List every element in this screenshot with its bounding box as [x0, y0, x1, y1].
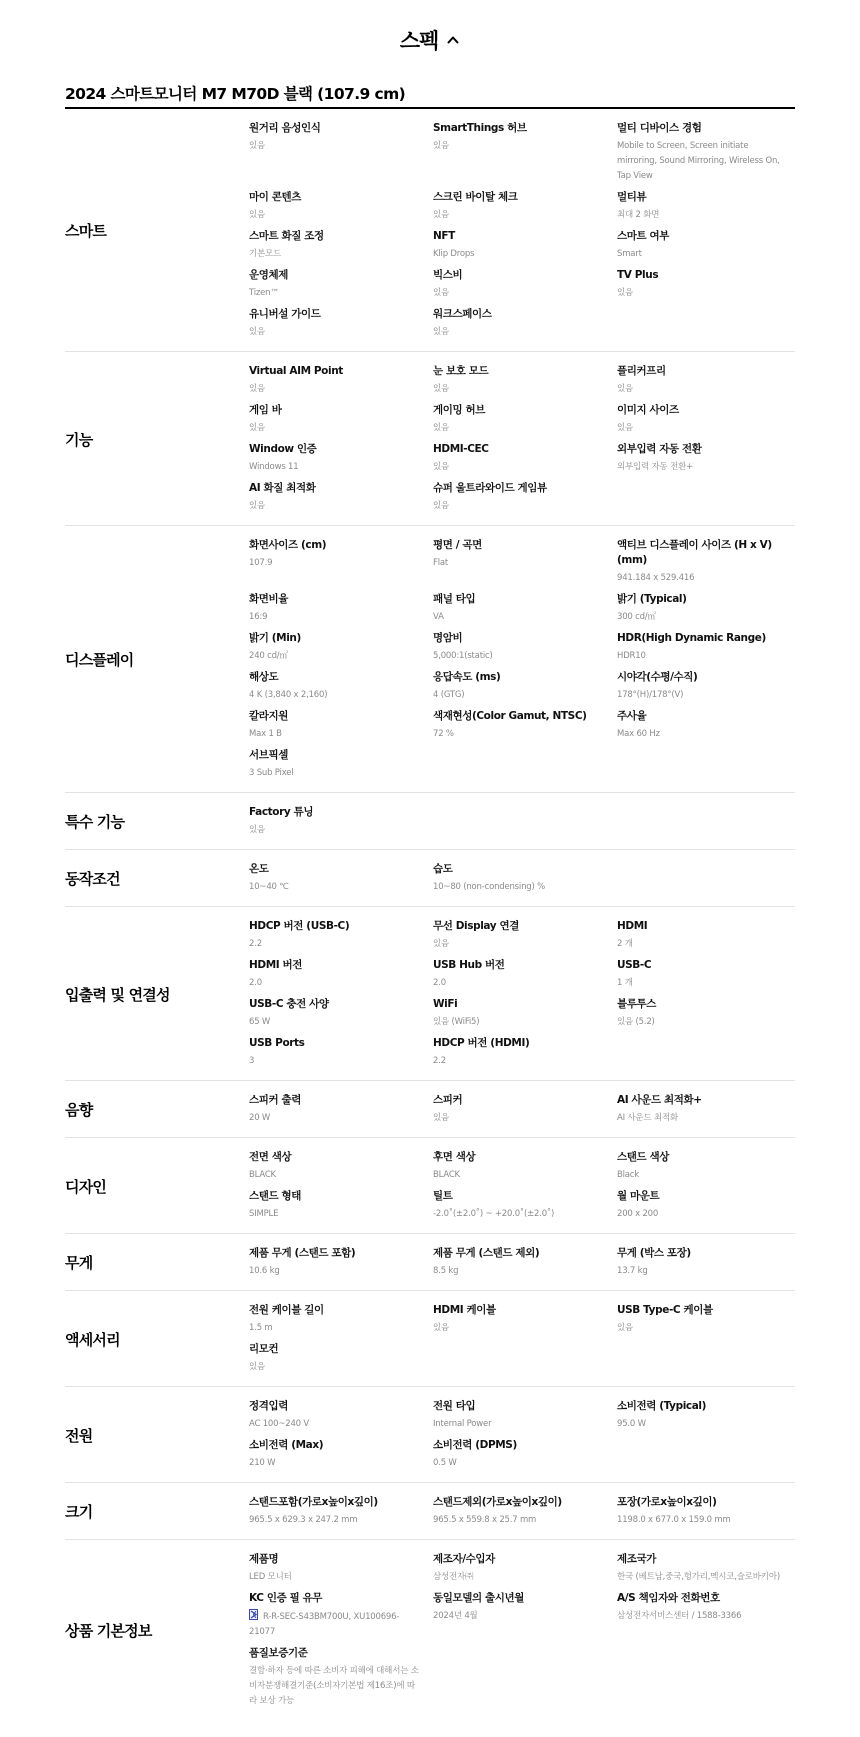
- section-items: 제품 무게 (스탠드 포함)10.6 kg제품 무게 (스탠드 제외)8.5 k…: [249, 1246, 801, 1279]
- spec-label: 온도: [249, 862, 419, 877]
- spec-value: 있음: [433, 382, 603, 397]
- spec-value: 있음: [433, 208, 603, 223]
- spec-item: 패널 타입VA: [433, 592, 617, 625]
- spec-value: 20 W: [249, 1111, 419, 1126]
- section-name: 스마트: [65, 121, 249, 340]
- spec-value: 한국 (베트남,중국,헝가리,멕시코,슬로바키아): [617, 1570, 787, 1585]
- spec-value: AC 100~240 V: [249, 1417, 419, 1432]
- spec-item: 멀티 디바이스 경험Mobile to Screen, Screen initi…: [617, 121, 801, 184]
- spec-item: 틸트-2.0˚(±2.0˚) ~ +20.0˚(±2.0˚): [433, 1189, 617, 1222]
- spec-item: 소비전력 (Max)210 W: [249, 1438, 433, 1471]
- spec-value: 있음: [249, 421, 419, 436]
- spec-value: Max 60 Hz: [617, 727, 787, 742]
- spec-section: 입출력 및 연결성HDCP 버전 (USB-C)2.2무선 Display 연결…: [65, 907, 795, 1081]
- spec-item: 정격입력AC 100~240 V: [249, 1399, 433, 1432]
- spec-value: 있음: [433, 460, 603, 475]
- spec-section: 크기스탠드포함(가로x높이x깊이)965.5 x 629.3 x 247.2 m…: [65, 1483, 795, 1540]
- spec-item: 전면 색상BLACK: [249, 1150, 433, 1183]
- spec-label: 게임 바: [249, 403, 419, 418]
- spec-label: 색재현성(Color Gamut, NTSC): [433, 709, 603, 724]
- spec-item: Factory 튜닝있음: [249, 805, 433, 838]
- spec-section: 액세서리전원 케이블 길이1.5 mHDMI 케이블있음USB Type-C 케…: [65, 1291, 795, 1387]
- spec-label: USB Type-C 케이블: [617, 1303, 787, 1318]
- spec-value: 3: [249, 1054, 419, 1069]
- section-name: 디자인: [65, 1150, 249, 1222]
- spec-value: 2 개: [617, 937, 787, 952]
- spec-item: 동일모델의 출시년월2024년 4월: [433, 1591, 617, 1640]
- spec-label: 해상도: [249, 670, 419, 685]
- section-name: 기능: [65, 364, 249, 514]
- spec-value: 있음: [617, 286, 787, 301]
- section-name: 입출력 및 연결성: [65, 919, 249, 1069]
- spec-value: 65 W: [249, 1015, 419, 1030]
- spec-value: 결함·하자 등에 따른 소비자 피해에 대해서는 소비자분쟁해결기준(소비자기본…: [249, 1664, 419, 1709]
- section-items: 화면사이즈 (cm)107.9평면 / 곡면Flat액티브 디스플레이 사이즈 …: [249, 538, 801, 781]
- spec-label: 빅스비: [433, 268, 603, 283]
- spec-label: 월 마운트: [617, 1189, 787, 1204]
- spec-item: TV Plus있음: [617, 268, 801, 301]
- spec-item: 이미지 사이즈있음: [617, 403, 801, 436]
- spec-value: VA: [433, 610, 603, 625]
- spec-label: 칼라지원: [249, 709, 419, 724]
- spec-label: 동일모델의 출시년월: [433, 1591, 603, 1606]
- spec-label: 스탠드 색상: [617, 1150, 787, 1165]
- spec-value: 300 cd/㎡: [617, 610, 787, 625]
- spec-label: HDMI 케이블: [433, 1303, 603, 1318]
- spec-item: A/S 책임자와 전화번호삼성전자서비스센터 / 1588-3366: [617, 1591, 801, 1640]
- spec-item: 평면 / 곡면Flat: [433, 538, 617, 586]
- spec-item: 유니버설 가이드있음: [249, 307, 433, 340]
- spec-value: 3 Sub Pixel: [249, 766, 419, 781]
- spec-item: 소비전력 (Typical)95.0 W: [617, 1399, 801, 1432]
- section-items: Virtual AIM Point있음눈 보호 모드있음플리커프리있음게임 바있…: [249, 364, 801, 514]
- spec-item: 제품 무게 (스탠드 제외)8.5 kg: [433, 1246, 617, 1279]
- spec-section: 상품 기본정보제품명LED 모니터제조자/수입자삼성전자㈜제조국가한국 (베트남…: [65, 1540, 795, 1720]
- spec-item: 밝기 (Min)240 cd/㎡: [249, 631, 433, 664]
- spec-label: 스탠드제외(가로x높이x깊이): [433, 1495, 603, 1510]
- spec-item: 후면 색상BLACK: [433, 1150, 617, 1183]
- spec-value: 있음 (5.2): [617, 1015, 787, 1030]
- spec-label: A/S 책임자와 전화번호: [617, 1591, 787, 1606]
- spec-item: USB-C1 개: [617, 958, 801, 991]
- spec-value: 기본모드: [249, 247, 419, 262]
- spec-section: 기능Virtual AIM Point있음눈 보호 모드있음플리커프리있음게임 …: [65, 352, 795, 526]
- spec-value: 있음: [617, 421, 787, 436]
- spec-item: 월 마운트200 x 200: [617, 1189, 801, 1222]
- spec-value: 1.5 m: [249, 1321, 419, 1336]
- spec-value: 965.5 x 629.3 x 247.2 mm: [249, 1513, 419, 1528]
- section-name: 디스플레이: [65, 538, 249, 781]
- spec-item: 색재현성(Color Gamut, NTSC)72 %: [433, 709, 617, 742]
- spec-label: HDCP 버전 (HDMI): [433, 1036, 603, 1051]
- spec-value: 삼성전자㈜: [433, 1570, 603, 1585]
- spec-value: 210 W: [249, 1456, 419, 1471]
- spec-item: AI 화질 최적화있음: [249, 481, 433, 514]
- spec-value: Internal Power: [433, 1417, 603, 1432]
- spec-label: 액티브 디스플레이 사이즈 (H x V) (mm): [617, 538, 787, 568]
- spec-value: 4 (GTG): [433, 688, 603, 703]
- spec-label: 틸트: [433, 1189, 603, 1204]
- spec-label: 후면 색상: [433, 1150, 603, 1165]
- spec-value: 있음: [617, 382, 787, 397]
- spec-item: 습도10~80 (non-condensing) %: [433, 862, 617, 895]
- spec-label: 소비전력 (Max): [249, 1438, 419, 1453]
- spec-value: 1198.0 x 677.0 x 159.0 mm: [617, 1513, 787, 1528]
- spec-section: 디스플레이화면사이즈 (cm)107.9평면 / 곡면Flat액티브 디스플레이…: [65, 526, 795, 793]
- spec-value: 240 cd/㎡: [249, 649, 419, 664]
- spec-label: 스마트 화질 조정: [249, 229, 419, 244]
- section-name: 무게: [65, 1246, 249, 1279]
- spec-value: 있음: [433, 499, 603, 514]
- spec-item: 스탠드포함(가로x높이x깊이)965.5 x 629.3 x 247.2 mm: [249, 1495, 433, 1528]
- spec-value: 1 개: [617, 976, 787, 991]
- spec-label: 무게 (박스 포장): [617, 1246, 787, 1261]
- spec-value: 8.5 kg: [433, 1264, 603, 1279]
- spec-label: 밝기 (Min): [249, 631, 419, 646]
- spec-label: 패널 타입: [433, 592, 603, 607]
- spec-section: 동작조건온도10~40 ℃습도10~80 (non-condensing) %: [65, 850, 795, 907]
- spec-value: Tizen™: [249, 286, 419, 301]
- spec-value: 있음: [433, 937, 603, 952]
- spec-header: 스펙: [0, 0, 860, 78]
- spec-value: 2.2: [433, 1054, 603, 1069]
- spec-value: Black: [617, 1168, 787, 1183]
- product-title-bar: 2024 스마트모니터 M7 M70D 블랙 (107.9 cm): [65, 78, 795, 109]
- spec-label: AI 화질 최적화: [249, 481, 419, 496]
- spec-item: 소비전력 (DPMS)0.5 W: [433, 1438, 617, 1471]
- spec-item: Window 인증Windows 11: [249, 442, 433, 475]
- spec-value: 2024년 4월: [433, 1609, 603, 1624]
- spec-label: 마이 콘텐츠: [249, 190, 419, 205]
- spec-item: KC 인증 필 유무R-R-SEC-S43BM700U, XU100696-21…: [249, 1591, 433, 1640]
- spec-item: 화면사이즈 (cm)107.9: [249, 538, 433, 586]
- spec-label: 습도: [433, 862, 603, 877]
- section-name: 상품 기본정보: [65, 1552, 249, 1709]
- spec-value: 있음: [249, 208, 419, 223]
- spec-label: 소비전력 (DPMS): [433, 1438, 603, 1453]
- spec-label: 운영체제: [249, 268, 419, 283]
- spec-label: 블루투스: [617, 997, 787, 1012]
- spec-label: 정격입력: [249, 1399, 419, 1414]
- spec-section: 스마트원거리 음성인식있음SmartThings 허브있음멀티 디바이스 경험M…: [65, 109, 795, 352]
- spec-item: 스크린 바이탈 체크있음: [433, 190, 617, 223]
- spec-item: 외부입력 자동 전환외부입력 자동 전환+: [617, 442, 801, 475]
- spec-label: SmartThings 허브: [433, 121, 603, 136]
- spec-item: 워크스페이스있음: [433, 307, 617, 340]
- section-items: 전면 색상BLACK후면 색상BLACK스탠드 색상Black스탠드 형태SIM…: [249, 1150, 801, 1222]
- spec-label: USB-C: [617, 958, 787, 973]
- spec-label: 평면 / 곡면: [433, 538, 603, 553]
- spec-value: 있음: [433, 1321, 603, 1336]
- spec-item: HDMI 버전2.0: [249, 958, 433, 991]
- spec-item: 전원 케이블 길이1.5 m: [249, 1303, 433, 1336]
- spec-value: 2.0: [249, 976, 419, 991]
- spec-item: 운영체제Tizen™: [249, 268, 433, 301]
- spec-label: 품질보증기준: [249, 1646, 419, 1661]
- spec-label: 응답속도 (ms): [433, 670, 603, 685]
- spec-value: Flat: [433, 556, 603, 571]
- spec-label: 슈퍼 울트라와이드 게임뷰: [433, 481, 603, 496]
- spec-value: BLACK: [249, 1168, 419, 1183]
- spec-label: HDMI-CEC: [433, 442, 603, 457]
- section-items: Factory 튜닝있음: [249, 805, 801, 838]
- spec-item: 무게 (박스 포장)13.7 kg: [617, 1246, 801, 1279]
- spec-label: 시야각(수평/수직): [617, 670, 787, 685]
- spec-item: HDMI2 개: [617, 919, 801, 952]
- spec-label: 제품 무게 (스탠드 포함): [249, 1246, 419, 1261]
- spec-item: USB Ports3: [249, 1036, 433, 1069]
- spec-table: 스마트원거리 음성인식있음SmartThings 허브있음멀티 디바이스 경험M…: [65, 109, 795, 1720]
- spec-label: 무선 Display 연결: [433, 919, 603, 934]
- section-items: 전원 케이블 길이1.5 mHDMI 케이블있음USB Type-C 케이블있음…: [249, 1303, 801, 1375]
- spec-item: USB-C 충전 사양65 W: [249, 997, 433, 1030]
- spec-value: 삼성전자서비스센터 / 1588-3366: [617, 1609, 787, 1624]
- spec-label: 전원 타입: [433, 1399, 603, 1414]
- spec-item: 밝기 (Typical)300 cd/㎡: [617, 592, 801, 625]
- spec-item: 슈퍼 울트라와이드 게임뷰있음: [433, 481, 617, 514]
- spec-item: Virtual AIM Point있음: [249, 364, 433, 397]
- spec-section: 음향스피커 출력20 W스피커있음AI 사운드 최적화+AI 사운드 최적화: [65, 1081, 795, 1138]
- spec-label: NFT: [433, 229, 603, 244]
- spec-value: 95.0 W: [617, 1417, 787, 1432]
- spec-value: 13.7 kg: [617, 1264, 787, 1279]
- spec-value: LED 모니터: [249, 1570, 419, 1585]
- spec-label: 리모컨: [249, 1342, 419, 1357]
- spec-item: 해상도4 K (3,840 x 2,160): [249, 670, 433, 703]
- spec-value: 있음: [249, 499, 419, 514]
- spec-value: 5,000:1(static): [433, 649, 603, 664]
- spec-item: 리모컨있음: [249, 1342, 433, 1375]
- spec-label: 명암비: [433, 631, 603, 646]
- spec-item: 멀티뷰최대 2 화면: [617, 190, 801, 223]
- spec-label: 플리커프리: [617, 364, 787, 379]
- spec-label: 게이밍 허브: [433, 403, 603, 418]
- spec-value: Mobile to Screen, Screen initiate mirror…: [617, 139, 787, 184]
- spec-label: 소비전력 (Typical): [617, 1399, 787, 1414]
- spec-item: 화면비율16:9: [249, 592, 433, 625]
- spec-item: 제품명LED 모니터: [249, 1552, 433, 1585]
- spec-item: 스탠드제외(가로x높이x깊이)965.5 x 559.8 x 25.7 mm: [433, 1495, 617, 1528]
- spec-item: 게이밍 허브있음: [433, 403, 617, 436]
- spec-value: 178°(H)/178°(V): [617, 688, 787, 703]
- section-name: 특수 기능: [65, 805, 249, 838]
- spec-value: 941.184 x 529.416: [617, 571, 787, 586]
- spec-value: R-R-SEC-S43BM700U, XU100696-21077: [249, 1609, 419, 1640]
- section-items: 제품명LED 모니터제조자/수입자삼성전자㈜제조국가한국 (베트남,중국,헝가리…: [249, 1552, 801, 1709]
- spec-label: HDCP 버전 (USB-C): [249, 919, 419, 934]
- spec-label: 외부입력 자동 전환: [617, 442, 787, 457]
- spec-label: 유니버설 가이드: [249, 307, 419, 322]
- spec-value: 있음: [249, 382, 419, 397]
- spec-item: 스피커있음: [433, 1093, 617, 1126]
- section-name: 동작조건: [65, 862, 249, 895]
- spec-label: Virtual AIM Point: [249, 364, 419, 379]
- spec-label: 워크스페이스: [433, 307, 603, 322]
- spec-value: 0.5 W: [433, 1456, 603, 1471]
- spec-label: 스탠드포함(가로x높이x깊이): [249, 1495, 419, 1510]
- spec-item: 서브픽셀3 Sub Pixel: [249, 748, 433, 781]
- spec-item: 품질보증기준결함·하자 등에 따른 소비자 피해에 대해서는 소비자분쟁해결기준…: [249, 1646, 433, 1709]
- spec-value: 있음: [433, 139, 603, 154]
- section-items: 스탠드포함(가로x높이x깊이)965.5 x 629.3 x 247.2 mm스…: [249, 1495, 801, 1528]
- spec-item: AI 사운드 최적화+AI 사운드 최적화: [617, 1093, 801, 1126]
- spec-label: 이미지 사이즈: [617, 403, 787, 418]
- spec-value: 200 x 200: [617, 1207, 787, 1222]
- spec-item: NFTKlip Drops: [433, 229, 617, 262]
- spec-item: 포장(가로x높이x깊이)1198.0 x 677.0 x 159.0 mm: [617, 1495, 801, 1528]
- spec-label: 멀티 디바이스 경험: [617, 121, 787, 136]
- spec-value-text: R-R-SEC-S43BM700U, XU100696-21077: [249, 1612, 399, 1637]
- spec-value: AI 사운드 최적화: [617, 1111, 787, 1126]
- spec-item: HDR(High Dynamic Range)HDR10: [617, 631, 801, 664]
- spec-item: HDMI-CEC있음: [433, 442, 617, 475]
- spec-label: 제품 무게 (스탠드 제외): [433, 1246, 603, 1261]
- spec-label: 스피커 출력: [249, 1093, 419, 1108]
- section-items: 스피커 출력20 W스피커있음AI 사운드 최적화+AI 사운드 최적화: [249, 1093, 801, 1126]
- spec-item: HDMI 케이블있음: [433, 1303, 617, 1336]
- spec-value: 있음: [617, 1321, 787, 1336]
- spec-value: SIMPLE: [249, 1207, 419, 1222]
- spec-item: 눈 보호 모드있음: [433, 364, 617, 397]
- spec-value: Klip Drops: [433, 247, 603, 262]
- spec-value: 있음: [249, 325, 419, 340]
- spec-item: 명암비5,000:1(static): [433, 631, 617, 664]
- spec-item: 온도10~40 ℃: [249, 862, 433, 895]
- spec-label: WiFi: [433, 997, 603, 1012]
- spec-value: 외부입력 자동 전환+: [617, 460, 787, 475]
- spec-item: 무선 Display 연결있음: [433, 919, 617, 952]
- spec-label: USB Hub 버전: [433, 958, 603, 973]
- spec-label: 멀티뷰: [617, 190, 787, 205]
- spec-item: SmartThings 허브있음: [433, 121, 617, 184]
- spec-value: 있음: [433, 1111, 603, 1126]
- spec-value: 10.6 kg: [249, 1264, 419, 1279]
- spec-item: 블루투스있음 (5.2): [617, 997, 801, 1030]
- spec-label: 스마트 여부: [617, 229, 787, 244]
- spec-item: 주사율Max 60 Hz: [617, 709, 801, 742]
- spec-label: 포장(가로x높이x깊이): [617, 1495, 787, 1510]
- spec-label: 화면비율: [249, 592, 419, 607]
- spec-label: 전원 케이블 길이: [249, 1303, 419, 1318]
- spec-item: USB Type-C 케이블있음: [617, 1303, 801, 1336]
- spec-value: 10~80 (non-condensing) %: [433, 880, 603, 895]
- spec-item: USB Hub 버전2.0: [433, 958, 617, 991]
- spec-label: 주사율: [617, 709, 787, 724]
- spec-value: 최대 2 화면: [617, 208, 787, 223]
- spec-section: 전원정격입력AC 100~240 V전원 타입Internal Power소비전…: [65, 1387, 795, 1483]
- spec-label: 제조자/수입자: [433, 1552, 603, 1567]
- spec-item: 제조자/수입자삼성전자㈜: [433, 1552, 617, 1585]
- spec-toggle-label: 스펙: [400, 25, 439, 55]
- spec-value: 있음: [433, 286, 603, 301]
- spec-label: HDMI: [617, 919, 787, 934]
- spec-value: Smart: [617, 247, 787, 262]
- spec-value: Windows 11: [249, 460, 419, 475]
- spec-label: HDR(High Dynamic Range): [617, 631, 787, 646]
- spec-label: Window 인증: [249, 442, 419, 457]
- spec-label: 눈 보호 모드: [433, 364, 603, 379]
- spec-label: TV Plus: [617, 268, 787, 283]
- spec-value: 있음: [249, 1360, 419, 1375]
- spec-item: WiFi있음 (WiFi5): [433, 997, 617, 1030]
- spec-item: 스피커 출력20 W: [249, 1093, 433, 1126]
- spec-item: 빅스비있음: [433, 268, 617, 301]
- spec-value: -2.0˚(±2.0˚) ~ +20.0˚(±2.0˚): [433, 1207, 603, 1222]
- spec-section: 디자인전면 색상BLACK후면 색상BLACK스탠드 색상Black스탠드 형태…: [65, 1138, 795, 1234]
- spec-item: 제품 무게 (스탠드 포함)10.6 kg: [249, 1246, 433, 1279]
- spec-label: AI 사운드 최적화+: [617, 1093, 787, 1108]
- section-items: 정격입력AC 100~240 V전원 타입Internal Power소비전력 …: [249, 1399, 801, 1471]
- spec-value: 16:9: [249, 610, 419, 625]
- spec-label: KC 인증 필 유무: [249, 1591, 419, 1606]
- spec-label: 스크린 바이탈 체크: [433, 190, 603, 205]
- section-name: 음향: [65, 1093, 249, 1126]
- spec-label: Factory 튜닝: [249, 805, 419, 820]
- spec-label: USB Ports: [249, 1036, 419, 1051]
- section-items: 원거리 음성인식있음SmartThings 허브있음멀티 디바이스 경험Mobi…: [249, 121, 801, 340]
- section-items: 온도10~40 ℃습도10~80 (non-condensing) %: [249, 862, 801, 895]
- spec-label: 화면사이즈 (cm): [249, 538, 419, 553]
- spec-value: 107.9: [249, 556, 419, 571]
- spec-item: 응답속도 (ms)4 (GTG): [433, 670, 617, 703]
- section-name: 액세서리: [65, 1303, 249, 1375]
- spec-value: 4 K (3,840 x 2,160): [249, 688, 419, 703]
- spec-value: 있음: [249, 823, 419, 838]
- spec-label: 서브픽셀: [249, 748, 419, 763]
- spec-value: 10~40 ℃: [249, 880, 419, 895]
- spec-value: Max 1 B: [249, 727, 419, 742]
- spec-item: 전원 타입Internal Power: [433, 1399, 617, 1432]
- product-title: 2024 스마트모니터 M7 M70D 블랙 (107.9 cm): [65, 82, 795, 104]
- spec-value: 2.0: [433, 976, 603, 991]
- spec-value: 있음: [433, 421, 603, 436]
- section-name: 전원: [65, 1399, 249, 1471]
- section-name: 크기: [65, 1495, 249, 1528]
- spec-value: 965.5 x 559.8 x 25.7 mm: [433, 1513, 603, 1528]
- spec-item: 스탠드 색상Black: [617, 1150, 801, 1183]
- spec-label: 전면 색상: [249, 1150, 419, 1165]
- spec-item: 칼라지원Max 1 B: [249, 709, 433, 742]
- spec-value: 72 %: [433, 727, 603, 742]
- spec-label: USB-C 충전 사양: [249, 997, 419, 1012]
- spec-collapse-toggle[interactable]: 스펙: [400, 25, 461, 55]
- spec-item: 원거리 음성인식있음: [249, 121, 433, 184]
- spec-label: 스탠드 형태: [249, 1189, 419, 1204]
- spec-item: HDCP 버전 (USB-C)2.2: [249, 919, 433, 952]
- section-items: HDCP 버전 (USB-C)2.2무선 Display 연결있음HDMI2 개…: [249, 919, 801, 1069]
- spec-value: 2.2: [249, 937, 419, 952]
- spec-item: 마이 콘텐츠있음: [249, 190, 433, 223]
- spec-item: 시야각(수평/수직)178°(H)/178°(V): [617, 670, 801, 703]
- spec-label: HDMI 버전: [249, 958, 419, 973]
- spec-value: HDR10: [617, 649, 787, 664]
- spec-item: HDCP 버전 (HDMI)2.2: [433, 1036, 617, 1069]
- spec-item: 제조국가한국 (베트남,중국,헝가리,멕시코,슬로바키아): [617, 1552, 801, 1585]
- spec-label: 제조국가: [617, 1552, 787, 1567]
- spec-value: 있음 (WiFi5): [433, 1015, 603, 1030]
- spec-value: BLACK: [433, 1168, 603, 1183]
- spec-item: 스마트 화질 조정기본모드: [249, 229, 433, 262]
- spec-value: 있음: [249, 139, 419, 154]
- spec-label: 밝기 (Typical): [617, 592, 787, 607]
- spec-section: 무게제품 무게 (스탠드 포함)10.6 kg제품 무게 (스탠드 제외)8.5…: [65, 1234, 795, 1291]
- spec-value: 있음: [433, 325, 603, 340]
- kc-mark-icon: [249, 1609, 258, 1620]
- chevron-up-icon: [446, 33, 460, 47]
- spec-item: 게임 바있음: [249, 403, 433, 436]
- spec-label: 원거리 음성인식: [249, 121, 419, 136]
- spec-item: 액티브 디스플레이 사이즈 (H x V) (mm)941.184 x 529.…: [617, 538, 801, 586]
